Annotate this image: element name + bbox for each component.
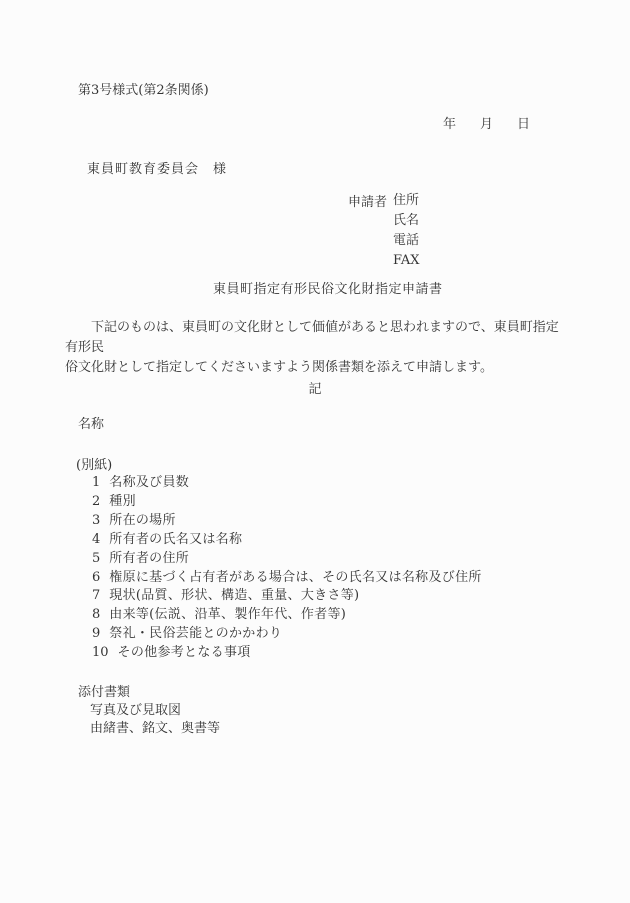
date-line: 年 月 日 bbox=[443, 113, 530, 132]
attachment-item: 写真及び見取図 bbox=[90, 699, 181, 718]
body-line-2: 俗文化財として指定してくださいますよう関係書類を添えて申請します。 bbox=[65, 358, 567, 378]
item-number: 6 bbox=[92, 569, 100, 588]
applicant-fields: 住所 氏名 電話 FAX bbox=[393, 191, 420, 271]
list-item: 10その他参考となる事項 bbox=[92, 644, 482, 663]
item-text: 所在の場所 bbox=[109, 513, 176, 528]
item-number: 10 bbox=[92, 644, 109, 663]
body-line-1: 下記のものは、東員町の文化財として価値があると思われますので、東員町指定有形民 bbox=[65, 318, 567, 358]
list-item: 6権原に基づく占有者がある場合は、その氏名又は名称及び住所 bbox=[92, 569, 482, 588]
separate-sheet-note: (別紙) bbox=[76, 454, 112, 473]
applicant-block: 申請者 住所 氏名 電話 FAX bbox=[348, 191, 420, 271]
item-number: 4 bbox=[92, 531, 100, 550]
item-text: 所有者の氏名又は名称 bbox=[109, 532, 242, 547]
item-text: 権原に基づく占有者がある場合は、その氏名又は名称及び住所 bbox=[109, 570, 481, 585]
item-number: 7 bbox=[92, 587, 100, 606]
applicant-field-phone: 電話 bbox=[393, 231, 420, 251]
list-item: 3所在の場所 bbox=[92, 512, 482, 531]
item-text: 祭礼・民俗芸能とのかかわり bbox=[109, 626, 282, 641]
item-text: 由来等(伝説、沿革、製作年代、作者等) bbox=[109, 607, 346, 622]
list-item: 8由来等(伝説、沿革、製作年代、作者等) bbox=[92, 606, 482, 625]
item-number: 2 bbox=[92, 493, 100, 512]
document-page: 第3号様式(第2条関係) 年 月 日 東員町教育委員会 様 申請者 住所 氏名 … bbox=[0, 0, 630, 903]
item-text: 種別 bbox=[109, 494, 136, 509]
addressee: 東員町教育委員会 様 bbox=[87, 158, 227, 177]
item-number: 9 bbox=[92, 625, 100, 644]
applicant-field-fax: FAX bbox=[393, 251, 420, 271]
attachment-item: 由緒書、銘文、奥書等 bbox=[90, 717, 220, 736]
item-text: 名称及び員数 bbox=[109, 475, 189, 490]
list-item: 2種別 bbox=[92, 493, 482, 512]
record-marker: 記 bbox=[0, 378, 630, 397]
item-number: 8 bbox=[92, 606, 100, 625]
applicant-label: 申請者 bbox=[348, 191, 387, 210]
list-item: 4所有者の氏名又は名称 bbox=[92, 531, 482, 550]
item-text: 現状(品質、形状、構造、重量、大きさ等) bbox=[109, 588, 359, 603]
applicant-field-name: 氏名 bbox=[393, 211, 420, 231]
list-item: 7現状(品質、形状、構造、重量、大きさ等) bbox=[92, 587, 482, 606]
list-item: 5所有者の住所 bbox=[92, 550, 482, 569]
date-year-label: 年 bbox=[443, 113, 456, 132]
item-number: 3 bbox=[92, 512, 100, 531]
date-day-label: 日 bbox=[517, 113, 530, 132]
form-number: 第3号様式(第2条関係) bbox=[78, 79, 209, 98]
item-list: 1名称及び員数 2種別 3所在の場所 4所有者の氏名又は名称 5所有者の住所 6… bbox=[92, 474, 482, 663]
name-field-label: 名称 bbox=[78, 413, 104, 432]
list-item: 1名称及び員数 bbox=[92, 474, 482, 493]
item-text: その他参考となる事項 bbox=[118, 645, 251, 660]
attachments-heading: 添付書類 bbox=[78, 681, 130, 700]
item-text: 所有者の住所 bbox=[109, 551, 189, 566]
body-paragraph: 下記のものは、東員町の文化財として価値があると思われますので、東員町指定有形民 … bbox=[65, 318, 567, 378]
item-number: 1 bbox=[92, 474, 100, 493]
applicant-field-address: 住所 bbox=[393, 191, 420, 211]
item-number: 5 bbox=[92, 550, 100, 569]
date-month-label: 月 bbox=[480, 113, 493, 132]
list-item: 9祭礼・民俗芸能とのかかわり bbox=[92, 625, 482, 644]
document-title: 東員町指定有形民俗文化財指定申請書 bbox=[213, 278, 443, 297]
